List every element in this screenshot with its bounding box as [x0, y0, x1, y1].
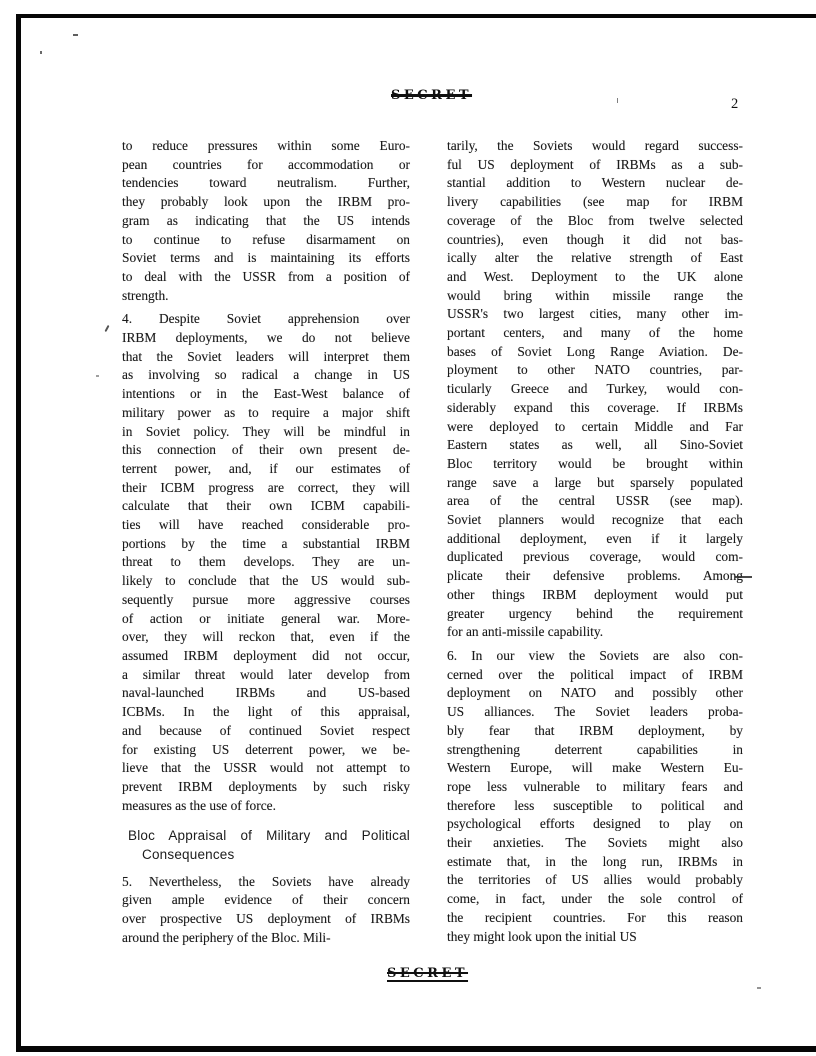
paragraph: 5. Nevertheless, the Soviets have alread…: [122, 873, 410, 948]
paragraph: 4. Despite Soviet apprehension overIRBM …: [122, 310, 410, 815]
scan-speck: [73, 34, 78, 36]
scan-speck: [96, 375, 99, 377]
text-line: plicate their defensive problems. Among: [447, 567, 743, 586]
scan-speck: [757, 987, 761, 989]
text-line: come, in fact, under the sole control of: [447, 890, 743, 909]
text-column-left: to reduce pressures within some Euro-pea…: [122, 137, 410, 948]
scan-speck: [40, 51, 42, 54]
text-line: for existing US deterrent power, we be-: [122, 741, 410, 760]
text-line: the recipient countries. For this reason: [447, 909, 743, 928]
text-line: estimate that, in the long run, IRBMs in: [447, 853, 743, 872]
text-column-right: tarily, the Soviets would regard success…: [447, 137, 743, 946]
text-line: Soviet terms and is maintaining its effo…: [122, 249, 410, 268]
text-line: in Soviet policy. They will be mindful i…: [122, 423, 410, 442]
paragraph: to reduce pressures within some Euro-pea…: [122, 137, 410, 305]
text-line: would bring within missile range the: [447, 287, 743, 306]
text-line: their ICBM progress are correct, they wi…: [122, 479, 410, 498]
text-line: psychological efforts designed to play o…: [447, 815, 743, 834]
text-line: tendencies toward neutralism. Further,: [122, 174, 410, 193]
text-line: other things IRBM deployment would put: [447, 586, 743, 605]
text-line: over, they will reckon that, even if the: [122, 628, 410, 647]
text-line: deployment on NATO and possibly other: [447, 684, 743, 703]
text-line: terrent power, and, if our estimates of: [122, 460, 410, 479]
text-line: as involving so radical a change in US: [122, 366, 410, 385]
text-line: they probably look upon the IRBM pro-: [122, 193, 410, 212]
text-line: Western Europe, will make Western Eu-: [447, 759, 743, 778]
text-line: therefore less susceptible to political …: [447, 797, 743, 816]
text-line: that the Soviet leaders will interpret t…: [122, 348, 410, 367]
text-line: bly fear that IRBM deployment, by: [447, 722, 743, 741]
text-line: cerned over the political impact of IRBM: [447, 666, 743, 685]
text-line: military power as to require a major shi…: [122, 404, 410, 423]
text-line: measures as the use of force.: [122, 797, 410, 816]
text-line: the territories of US allies would proba…: [447, 871, 743, 890]
text-line: portions by the time a substantial IRBM: [122, 535, 410, 554]
text-line: this connection of their own present de-: [122, 441, 410, 460]
text-line: portant centers, and many of the home: [447, 324, 743, 343]
text-line: Bloc Appraisal of Military and Political: [128, 827, 410, 846]
text-line: were deployed to certain Middle and Far: [447, 418, 743, 437]
text-line: 5. Nevertheless, the Soviets have alread…: [122, 873, 410, 892]
text-line: given ample evidence of their concern: [122, 891, 410, 910]
text-line: Eastern states as well, all Sino-Soviet: [447, 436, 743, 455]
text-line: lieve that the USSR would not attempt to: [122, 759, 410, 778]
text-line: duplicated previous coverage, would com-: [447, 548, 743, 567]
classification-footer: SECRET: [387, 966, 468, 981]
text-line: ICBMs. In the light of this appraisal,: [122, 703, 410, 722]
text-line: Consequences: [128, 846, 410, 865]
text-line: range save a large but sparsely populate…: [447, 474, 743, 493]
text-line: to continue to refuse disarmament on: [122, 231, 410, 250]
text-line: ployment to other NATO countries, par-: [447, 361, 743, 380]
text-line: 4. Despite Soviet apprehension over: [122, 310, 410, 329]
classification-header: SECRET: [391, 88, 472, 103]
text-line: livery capabilities (see map for IRBM: [447, 193, 743, 212]
text-line: they might look upon the initial US: [447, 928, 743, 947]
text-line: coverage of the Bloc from twelve selecte…: [447, 212, 743, 231]
text-line: and West. Deployment to the UK alone: [447, 268, 743, 287]
paragraph: 6. In our view the Soviets are also con-…: [447, 647, 743, 946]
text-line: 6. In our view the Soviets are also con-: [447, 647, 743, 666]
document-page: SECRET 2 to reduce pressures within some…: [0, 0, 816, 1056]
text-line: gram as indicating that the US intends: [122, 212, 410, 231]
section-heading: Bloc Appraisal of Military and Political…: [122, 827, 410, 864]
text-line: prevent IRBM deployments by such risky: [122, 778, 410, 797]
text-line: stantial addition to Western nuclear de-: [447, 174, 743, 193]
text-line: rope less vulnerable to military fears a…: [447, 778, 743, 797]
text-line: sequently pursue more aggressive courses: [122, 591, 410, 610]
text-line: ically alter the relative strength of Ea…: [447, 249, 743, 268]
text-line: ful US deployment of IRBMs as a sub-: [447, 156, 743, 175]
text-line: additional deployment, even if it largel…: [447, 530, 743, 549]
text-line: bases of Soviet Long Range Aviation. De-: [447, 343, 743, 362]
text-line: Soviet planners would recognize that eac…: [447, 511, 743, 530]
scan-speck: [104, 325, 109, 332]
text-line: a similar threat would later develop fro…: [122, 666, 410, 685]
text-line: assumed IRBM deployment did not occur,: [122, 647, 410, 666]
text-line: to reduce pressures within some Euro-: [122, 137, 410, 156]
text-line: for an anti-missile capability.: [447, 623, 743, 642]
text-line: US alliances. The Soviet leaders proba-: [447, 703, 743, 722]
text-line: pean countries for accommodation or: [122, 156, 410, 175]
text-line: area of the central USSR (see map).: [447, 492, 743, 511]
text-line: likely to conclude that the US would sub…: [122, 572, 410, 591]
text-line: around the periphery of the Bloc. Mili-: [122, 929, 410, 948]
text-line: over prospective US deployment of IRBMs: [122, 910, 410, 929]
paragraph: tarily, the Soviets would regard success…: [447, 137, 743, 642]
text-line: to deal with the USSR from a position of: [122, 268, 410, 287]
scan-speck: [617, 98, 618, 103]
text-line: strength.: [122, 287, 410, 306]
text-line: their anxieties. The Soviets might also: [447, 834, 743, 853]
text-line: intentions or in the East-West balance o…: [122, 385, 410, 404]
text-line: greater urgency behind the requirement: [447, 605, 743, 624]
page-number: 2: [731, 96, 738, 113]
text-line: and because of continued Soviet respect: [122, 722, 410, 741]
text-line: ties will have reached considerable pro-: [122, 516, 410, 535]
text-line: Bloc territory would be brought within: [447, 455, 743, 474]
text-line: USSR's two largest cities, many other im…: [447, 305, 743, 324]
text-line: ticularly Greece and Turkey, would con-: [447, 380, 743, 399]
text-line: naval-launched IRBMs and US-based: [122, 684, 410, 703]
text-line: IRBM deployments, we do not believe: [122, 329, 410, 348]
text-line: threat to them develops. They are un-: [122, 553, 410, 572]
text-line: of action or initiate general war. More-: [122, 610, 410, 629]
text-line: siderably expand this coverage. If IRBMs: [447, 399, 743, 418]
text-line: countries), even though it did not bas-: [447, 231, 743, 250]
text-line: calculate that their own ICBM capabili-: [122, 497, 410, 516]
text-line: tarily, the Soviets would regard success…: [447, 137, 743, 156]
text-line: strengthening deterrent capabilities in: [447, 741, 743, 760]
